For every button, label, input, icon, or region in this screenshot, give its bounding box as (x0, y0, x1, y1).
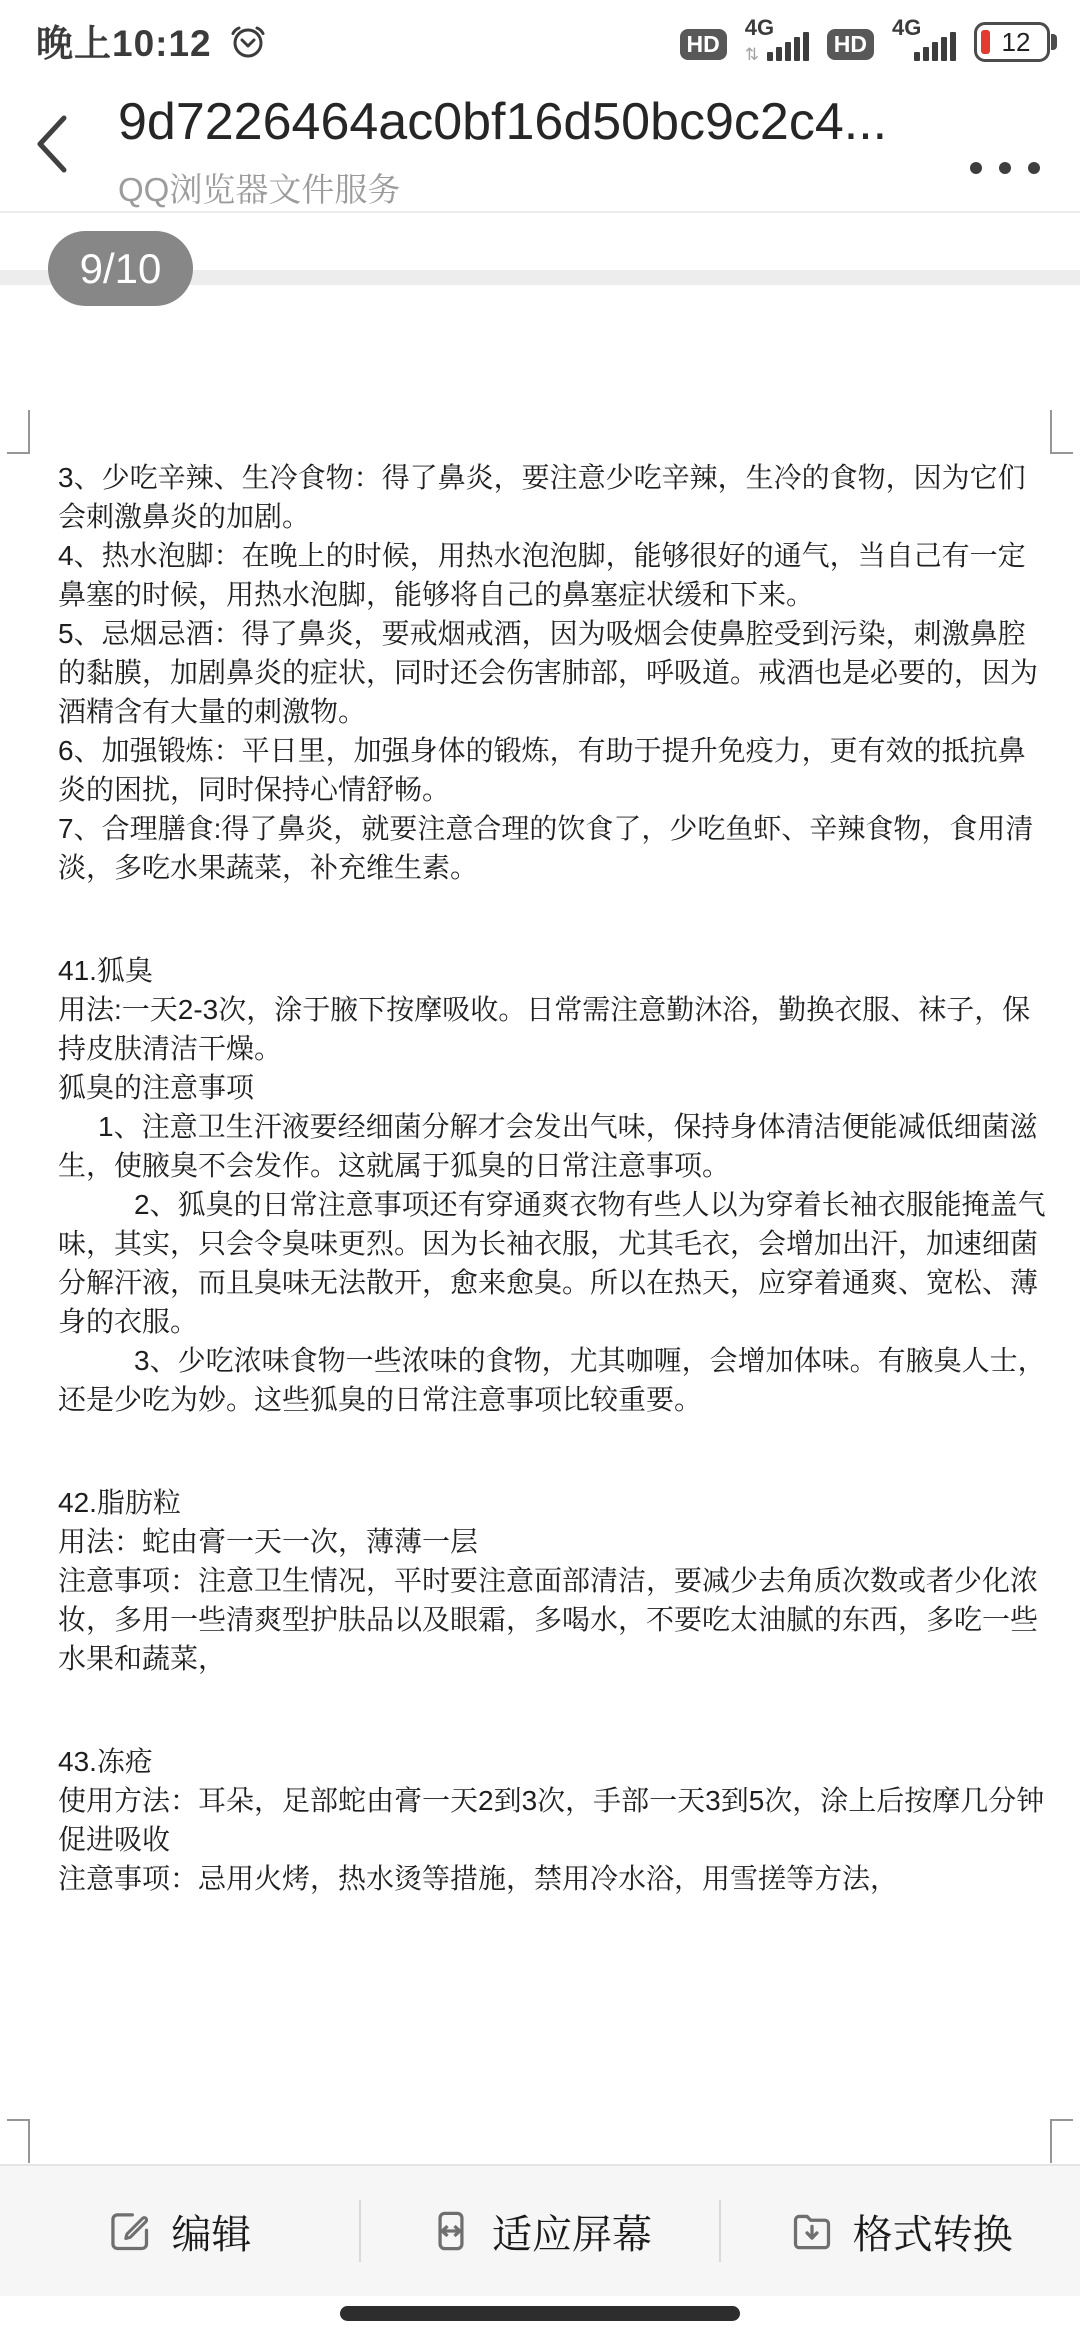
doc-paragraph: 42.脂肪粒 (58, 1483, 1048, 1522)
doc-paragraph: 2、狐臭的日常注意事项还有穿通爽衣物有些人以为穿着长袖衣服能掩盖气味，其实，只会… (58, 1185, 1048, 1341)
clock-time: 晚上10:12 (36, 13, 212, 67)
doc-paragraph: 3、少吃浓味食物一些浓味的食物，尤其咖喱，会增加体味。有腋臭人士，还是少吃为妙。… (58, 1341, 1048, 1419)
page-corner-mark (7, 410, 30, 454)
fit-screen-icon (428, 2208, 474, 2254)
doc-paragraph: 5、忌烟忌酒：得了鼻炎，要戒烟戒酒，因为吸烟会使鼻腔受到污染，刺激鼻腔的黏膜，加… (58, 614, 1048, 731)
home-indicator[interactable] (340, 2306, 740, 2321)
data-activity-icon: ⇅ (745, 46, 759, 63)
file-source-subtitle: QQ浏览器文件服务 (118, 164, 950, 211)
format-convert-label: 格式转换 (853, 2203, 1013, 2260)
doc-paragraph: 注意事项：忌用火烤，热水烫等措施，禁用冷水浴，用雪搓等方法， (58, 1859, 1048, 1898)
doc-paragraph: 4、热水泡脚：在晚上的时候，用热水泡泡脚，能够很好的通气，当自己有一定鼻塞的时候… (58, 536, 1048, 614)
battery-nub (1051, 34, 1057, 50)
doc-paragraph: 注意事项：注意卫生情况，平时要注意面部清洁，要减少去角质次数或者少化浓妆，多用一… (58, 1561, 1048, 1678)
edit-button[interactable]: 编辑 (0, 2166, 359, 2296)
more-horizontal-icon (1028, 162, 1040, 174)
document-titles: 9d7226464ac0bf16d50bc9c2c4... QQ浏览器文件服务 (118, 92, 950, 211)
title-bar: 9d7226464ac0bf16d50bc9c2c4... QQ浏览器文件服务 (0, 70, 1080, 211)
doc-paragraph: 3、少吃辛辣、生冷食物：得了鼻炎，要注意少吃辛辣，生冷的食物，因为它们会刺激鼻炎… (58, 458, 1048, 536)
doc-paragraph: 1、注意卫生汗液要经细菌分解才会发出气味，保持身体清洁便能减低细菌滋生，使腋臭不… (58, 1107, 1048, 1185)
format-convert-icon (789, 2208, 835, 2254)
doc-paragraph: 7、合理膳食:得了鼻炎，就要注意合理的饮食了，少吃鱼虾、辛辣食物，食用清淡，多吃… (58, 809, 1048, 887)
document-page-content[interactable]: 3、少吃辛辣、生冷食物：得了鼻炎，要注意少吃辛辣，生冷的食物，因为它们会刺激鼻炎… (58, 458, 1048, 1898)
doc-paragraph: 用法:一天2-3次，涂于腋下按摩吸收。日常需注意勤沐浴，勤换衣服、袜子，保持皮肤… (58, 990, 1048, 1068)
doc-paragraph: 43.冻疮 (58, 1742, 1048, 1781)
page-corner-mark (1050, 410, 1073, 454)
status-bar: 晚上10:12 HD 4G ⇅ HD 4G 12 (0, 0, 1080, 70)
page-corner-mark (7, 2119, 30, 2163)
fit-screen-label: 适应屏幕 (492, 2203, 652, 2260)
more-menu-button[interactable] (970, 154, 1040, 182)
signal-strength-icon: 4G (892, 17, 956, 63)
hd-voice-icon: HD (827, 29, 874, 60)
battery-low-fill (981, 30, 990, 54)
battery-icon: 12 (974, 22, 1050, 62)
more-horizontal-icon (970, 162, 982, 174)
edit-icon (107, 2208, 153, 2254)
doc-paragraph: 6、加强锻炼：平日里，加强身体的锻炼，有助于提升免疫力，更有效的抵抗鼻炎的困扰，… (58, 731, 1048, 809)
edit-label: 编辑 (171, 2203, 251, 2260)
status-icons: HD 4G ⇅ HD 4G 12 (680, 17, 1050, 63)
doc-paragraph: 41.狐臭 (58, 951, 1048, 990)
doc-paragraph: 使用方法：耳朵，足部蛇由膏一天2到3次，手部一天3到5次，涂上后按摩几分钟促进吸… (58, 1781, 1048, 1859)
page-corner-mark (1050, 2119, 1073, 2163)
page-number-badge: 9/10 (48, 231, 193, 306)
fit-screen-button[interactable]: 适应屏幕 (361, 2166, 720, 2296)
bottom-toolbar: 编辑 适应屏幕 格式转换 (0, 2164, 1080, 2296)
back-button[interactable] (30, 112, 74, 176)
format-convert-button[interactable]: 格式转换 (721, 2166, 1080, 2296)
more-horizontal-icon (999, 162, 1011, 174)
header-divider (0, 211, 1080, 213)
hd-voice-icon: HD (680, 29, 727, 60)
doc-paragraph: 用法：蛇由膏一天一次，薄薄一层 (58, 1522, 1048, 1561)
signal-strength-icon: 4G ⇅ (745, 17, 809, 63)
doc-paragraph: 狐臭的注意事项 (58, 1068, 1048, 1107)
alarm-clock-icon (228, 19, 268, 61)
file-name-title: 9d7226464ac0bf16d50bc9c2c4... (118, 92, 950, 152)
